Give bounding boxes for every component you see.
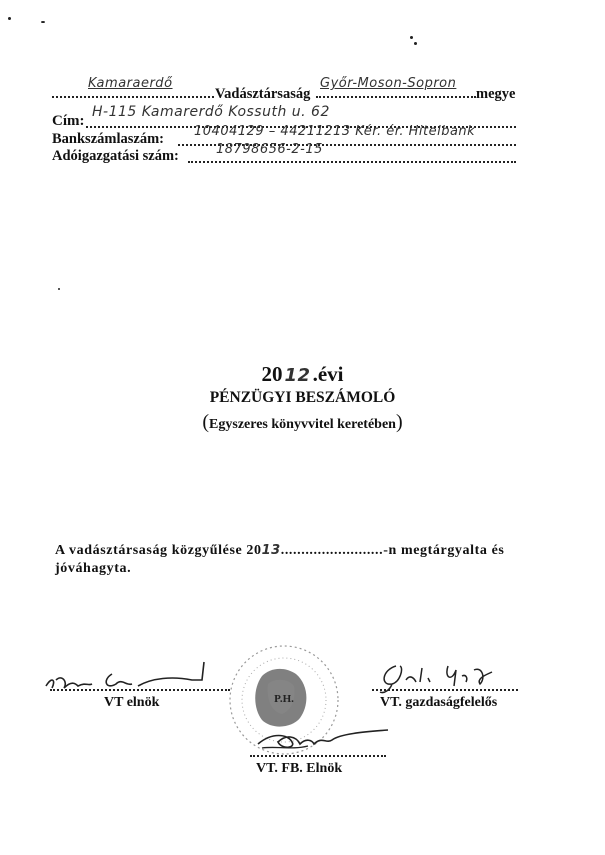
tax-handwritten: 18798656-2-15 — [216, 142, 323, 157]
scan-speck — [8, 17, 11, 20]
county-dotted-line — [316, 96, 476, 98]
supervisory-label: VT. FB. Elnök — [256, 761, 342, 777]
scan-speck — [414, 42, 417, 45]
approval-prefix: A vadásztársaság közgyűlése 20 — [55, 543, 262, 558]
bank-label: Bankszámlaszám: — [52, 131, 164, 148]
scan-speck — [41, 21, 45, 23]
supervisory-dotted-line — [250, 755, 386, 757]
year-handwritten: 12 — [285, 365, 311, 386]
president-dotted-line — [50, 689, 230, 691]
report-title: PÉNZÜGYI BESZÁMOLÓ — [0, 389, 605, 407]
scan-speck — [58, 288, 60, 290]
approval-line-1: A vadásztársaság közgyűlése 2013........… — [55, 543, 504, 559]
year-suffix: .évi — [313, 362, 344, 386]
president-label: VT elnök — [104, 695, 159, 711]
tax-label: Adóigazgatási szám: — [52, 148, 179, 165]
year-prefix: 20 — [262, 362, 283, 386]
report-subtitle: (Egyszeres könyvvitel keretében) — [0, 411, 605, 434]
paren-close: ) — [396, 411, 403, 433]
report-year: 2012.évi — [0, 362, 605, 387]
tax-dotted-line — [188, 161, 516, 163]
scan-speck — [410, 36, 413, 39]
stamp-text: P.H. — [274, 693, 294, 705]
approval-suffix: -n megtárgyalta és — [383, 543, 504, 558]
county-handwritten: Győr-Moson-Sopron — [320, 76, 456, 91]
subtitle-text: Egyszeres könyvvitel keretében — [209, 417, 396, 432]
treasurer-dotted-line — [372, 689, 518, 691]
approval-year-handwritten: 13 — [262, 543, 281, 558]
supervisory-signature — [252, 722, 392, 752]
approval-date-dots: ......................... — [281, 543, 384, 558]
town-handwritten: Kamaraerdő — [88, 76, 173, 91]
county-suffix-label: megye — [476, 86, 515, 103]
bank-handwritten: 10404129 – 44211213 Kér. ér. Hitelbank — [194, 124, 475, 139]
treasurer-label: VT. gazdaságfelelős — [380, 695, 497, 711]
club-label: Vadásztársaság — [215, 86, 310, 103]
town-dotted-line — [52, 96, 214, 98]
approval-line-2: jóváhagyta. — [55, 561, 131, 577]
address-handwritten: H-115 Kamarerdő Kossuth u. 62 — [92, 104, 330, 120]
address-label: Cím: — [52, 113, 85, 130]
